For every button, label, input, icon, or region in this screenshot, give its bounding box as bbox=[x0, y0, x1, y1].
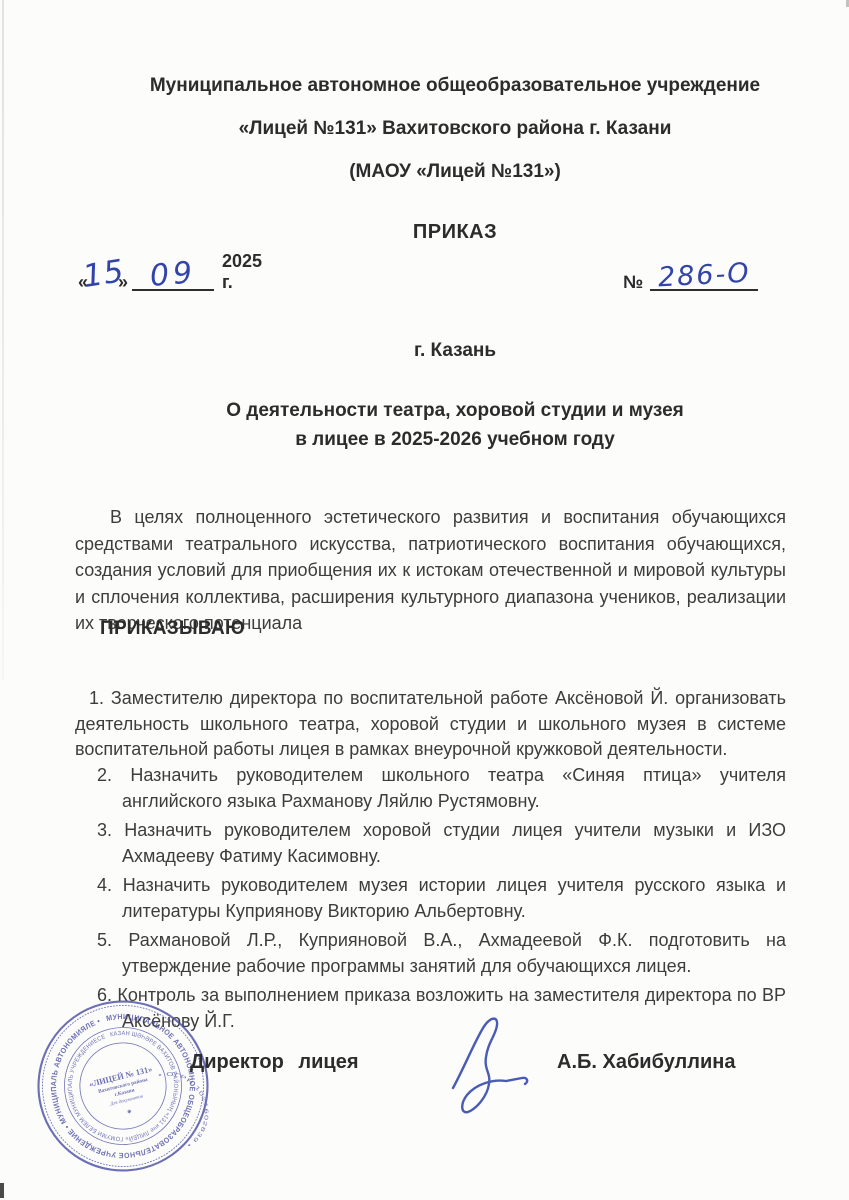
order-item-5: 5. Рахмановой Л.Р., Куприяновой В.А., Ах… bbox=[97, 928, 786, 979]
date-and-number-row: « 15 » 09 2025 г. № 286-О bbox=[0, 250, 849, 296]
item-text: Назначить руководителем хоровой студии л… bbox=[122, 820, 786, 866]
order-item-2: 2. Назначить руководителем школьного теа… bbox=[97, 763, 786, 814]
order-title: ПРИКАЗ bbox=[90, 221, 820, 244]
item-number: 3. bbox=[97, 820, 112, 840]
item-text: Заместителю директора по воспитательной … bbox=[75, 688, 786, 759]
item-text: Назначить руководителем музея истории ли… bbox=[122, 875, 786, 921]
decree-word: ПРИКАЗЫВАЮ bbox=[100, 618, 245, 640]
month-blank-line: 09 bbox=[132, 255, 214, 291]
item-number: 2. bbox=[97, 765, 112, 785]
signature-name: А.Б. Хабибуллина bbox=[557, 1051, 735, 1074]
order-item-1: 1. Заместителю директора по воспитательн… bbox=[75, 686, 786, 763]
number-blank-line: 286-О bbox=[650, 255, 758, 291]
official-stamp: МУНИЦИПАЛЬНОЕ АВТОНОМНОЕ ОБЩЕОБРАЗОВАТЕЛ… bbox=[30, 998, 216, 1174]
org-name-line-2: «Лицей №131» Вахитовского района г. Каза… bbox=[90, 119, 820, 139]
order-item-3: 3. Назначить руководителем хоровой студи… bbox=[97, 818, 786, 869]
subject-line-1: О деятельности театра, хоровой студии и … bbox=[90, 396, 820, 425]
organization-header: Муниципальное автономное общеобразовател… bbox=[90, 76, 820, 182]
signature-position-label: Директор лицея bbox=[190, 1051, 359, 1074]
handwritten-month: 09 bbox=[149, 255, 198, 294]
signature-scribble bbox=[445, 1008, 557, 1126]
item-number: 4. bbox=[97, 875, 112, 895]
org-name-line-1: Муниципальное автономное общеобразовател… bbox=[90, 76, 820, 96]
number-sign: № bbox=[623, 272, 643, 293]
item-text: Назначить руководителем школьного театра… bbox=[122, 765, 786, 811]
order-item-4: 4. Назначить руководителем музея истории… bbox=[97, 873, 786, 924]
city-line: г. Казань bbox=[90, 340, 820, 362]
stamp-center-mark: ✱ bbox=[127, 1109, 133, 1116]
scan-corner-mark bbox=[0, 1183, 4, 1198]
order-items-list: 2. Назначить руководителем школьного теа… bbox=[97, 763, 786, 1038]
quote-close: » bbox=[118, 272, 128, 293]
scanned-order-page: Муниципальное автономное общеобразовател… bbox=[0, 0, 849, 1200]
item-text: Рахмановой Л.Р., Куприяновой В.А., Ахмад… bbox=[122, 930, 786, 976]
org-name-line-3: (МАОУ «Лицей №131») bbox=[90, 162, 820, 182]
subject-line-2: в лицее в 2025-2026 учебном году bbox=[90, 425, 820, 454]
handwritten-number: 286-О bbox=[657, 258, 751, 294]
item-number: 5. bbox=[97, 930, 112, 950]
preamble-paragraph: В целях полноценного эстетического разви… bbox=[75, 504, 786, 637]
scan-edge-artifact bbox=[2, 0, 4, 680]
order-subject: О деятельности театра, хоровой студии и … bbox=[90, 396, 820, 454]
item-number: 1. bbox=[89, 688, 104, 708]
order-year: 2025 г. bbox=[222, 251, 262, 293]
